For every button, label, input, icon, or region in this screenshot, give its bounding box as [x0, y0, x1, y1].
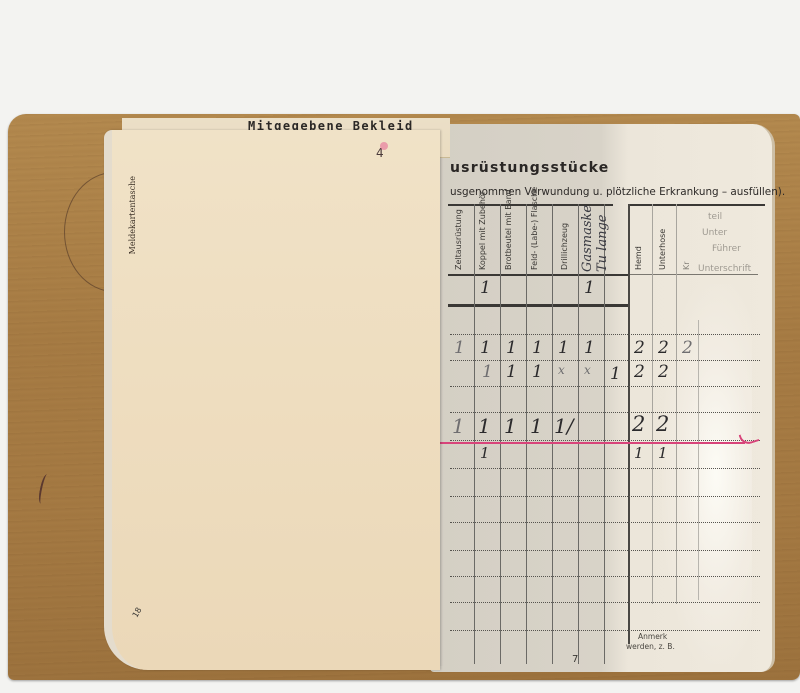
cell-value: 1: [506, 340, 517, 357]
col-line: [652, 204, 653, 604]
cell-value: 1: [658, 446, 668, 461]
cell-value: 1: [532, 364, 543, 381]
faded-header: Unter: [702, 228, 727, 238]
row-line: [450, 360, 760, 361]
row-line: [450, 550, 760, 551]
row-line: [450, 602, 760, 603]
cell-value: 1: [506, 364, 517, 381]
cell-value: 1: [584, 280, 595, 297]
col-line: [500, 204, 501, 664]
cell-value: 2: [634, 340, 645, 357]
row-line: [450, 468, 760, 469]
column-header: Koppel mit Zubehör: [478, 208, 487, 270]
column-header: Kr: [682, 250, 691, 270]
cell-value: 1: [454, 340, 465, 357]
cell-value: 1/: [554, 416, 573, 436]
footnote-line: werden, z. B.: [626, 642, 675, 651]
handwritten-column-header: Gasmaske Tu lange: [580, 206, 610, 272]
cell-value: 1: [478, 416, 491, 436]
cell-value: 1: [482, 364, 493, 381]
col-line: [628, 204, 630, 644]
cell-value: 1: [452, 416, 465, 436]
row-line: [450, 576, 760, 577]
column-header: Drillichzeug: [560, 208, 569, 270]
header-bottom-rule: [448, 274, 628, 276]
row-line: [450, 496, 760, 497]
footnote-line: Anmerk: [630, 632, 667, 641]
cell-value: 1: [504, 416, 517, 436]
column-header: Brotbeutel mit Band: [504, 208, 513, 270]
col-line: [552, 204, 553, 664]
row-line: [450, 630, 760, 631]
cell-value: 2: [658, 364, 669, 381]
page-number: 7: [572, 654, 578, 665]
cell-value: 2: [656, 414, 669, 435]
col-line: [474, 204, 475, 664]
cell-value: 2: [682, 340, 693, 357]
cell-value: 2: [632, 414, 645, 435]
faded-header: Führer: [712, 244, 741, 254]
cell-value: 2: [634, 364, 645, 381]
cell-value: 1: [480, 280, 491, 297]
row-line: [450, 334, 760, 335]
col-line: [604, 204, 605, 664]
row-line: [450, 412, 760, 413]
col-line: [698, 320, 699, 600]
pen-mark-4: 4: [376, 146, 384, 160]
column-header: Zeltausrüstung: [454, 208, 463, 270]
page-subheading: usgenommen Verwundung u. plötzliche Erkr…: [450, 186, 780, 198]
faded-header: Unterschrift: [698, 264, 751, 274]
cell-value: 1: [584, 340, 595, 357]
section-rule: [448, 304, 628, 307]
col-line: [526, 204, 527, 664]
cell-value: 1: [558, 340, 569, 357]
cell-value: 1: [532, 340, 543, 357]
header-bottom-rule-right: [628, 274, 758, 275]
cell-value: 1: [480, 446, 490, 461]
red-strike-line: [440, 442, 745, 444]
vertical-label: Meldekartentasche: [128, 176, 137, 254]
col-line: [578, 204, 579, 664]
cell-value: 2: [658, 340, 669, 357]
row-line: [450, 440, 760, 441]
page-heading: usrüstungsstücke: [450, 160, 609, 176]
row-line: [450, 386, 760, 387]
column-header: Hemd: [634, 240, 643, 270]
cell-value: x: [584, 364, 591, 376]
table-top-rule-right: [630, 204, 765, 206]
faded-header: teil: [708, 212, 722, 222]
cell-value: 1: [480, 340, 491, 357]
cell-value: x: [558, 364, 565, 376]
col-line: [676, 204, 677, 604]
equipment-list-page: usrüstungsstücke usgenommen Verwundung u…: [430, 124, 775, 672]
cell-value: 1: [634, 446, 644, 461]
column-header: Feld- (Labe-) Flasche: [530, 208, 539, 270]
row-line: [450, 522, 760, 523]
equipment-table: Zeltausrüstung Koppel mit Zubehör Brotbe…: [440, 200, 770, 670]
cell-value: 1: [610, 366, 621, 383]
column-header: Unterhose: [658, 230, 667, 270]
cell-value: 1: [530, 416, 543, 436]
blank-flap-page: [104, 130, 440, 670]
